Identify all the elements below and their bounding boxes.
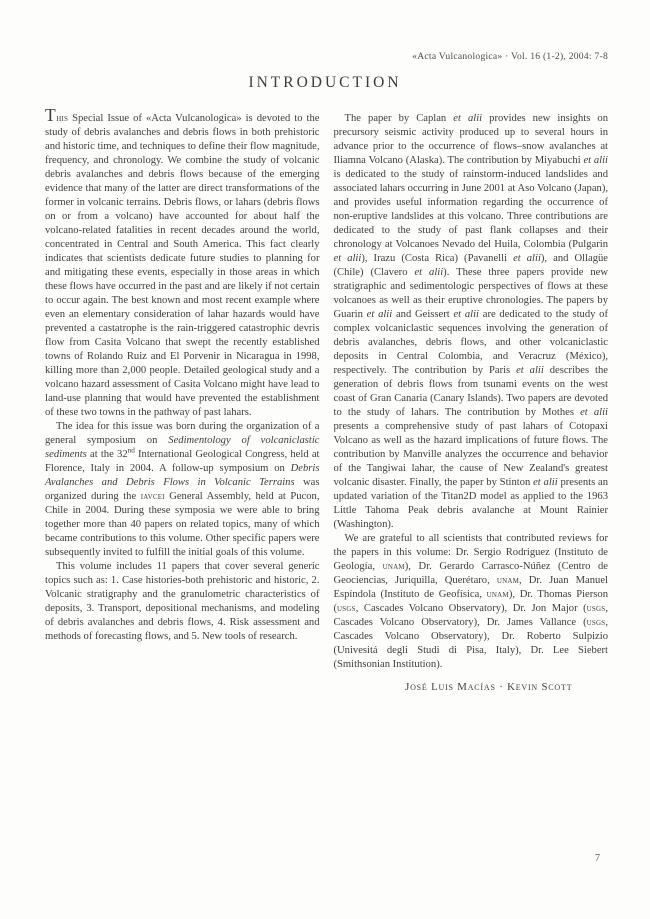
paragraph: The idea for this issue was born during …: [45, 420, 320, 560]
italic-text: et alii: [367, 309, 393, 320]
italic-text: Sedimentology of volcaniclastic sediment…: [45, 435, 320, 460]
small-caps-text: unam: [487, 589, 509, 600]
small-caps-text: unam: [383, 561, 405, 572]
paragraph: The paper by Caplan et alii provides new…: [334, 112, 609, 532]
right-column: The paper by Caplan et alii provides new…: [334, 112, 609, 694]
authors-signature: José Luis Macías · Kevin Scott: [334, 680, 609, 694]
italic-text: Debris Avalanches and Debris Flows in Vo…: [45, 463, 320, 488]
italic-text: et alii: [453, 309, 479, 320]
page-title: INTRODUCTION: [0, 74, 650, 92]
journal-header: «Acta Vulcanologica» · Vol. 16 (1-2), 20…: [412, 51, 608, 62]
italic-text: et alii: [453, 113, 482, 124]
italic-text: et alii: [513, 253, 541, 264]
italic-text: et alii: [583, 155, 608, 166]
paragraph: This volume includes 11 papers that cove…: [45, 560, 320, 644]
small-caps-text: usgs: [587, 617, 606, 628]
small-caps-text: usgs: [337, 603, 356, 614]
left-column: This Special Issue of «Acta Vulcanologic…: [45, 112, 320, 694]
italic-text: et alii: [516, 365, 544, 376]
small-caps-text: his: [56, 113, 68, 124]
lead-capital: T: [45, 105, 56, 125]
small-caps-text: iavcei: [141, 491, 165, 502]
superscript-text: nd: [128, 446, 135, 454]
small-caps-text: unam: [497, 575, 519, 586]
italic-text: et alii: [414, 267, 443, 278]
italic-text: et alii: [334, 253, 362, 264]
two-column-text-block: This Special Issue of «Acta Vulcanologic…: [45, 112, 608, 694]
page-number: 7: [595, 853, 600, 864]
small-caps-text: usgs: [587, 603, 606, 614]
italic-text: et alii: [533, 477, 558, 488]
paragraph: This Special Issue of «Acta Vulcanologic…: [45, 112, 320, 420]
paragraph: We are grateful to all scientists that c…: [334, 532, 609, 672]
italic-text: et alii: [580, 407, 608, 418]
journal-page: «Acta Vulcanologica» · Vol. 16 (1-2), 20…: [0, 0, 650, 919]
